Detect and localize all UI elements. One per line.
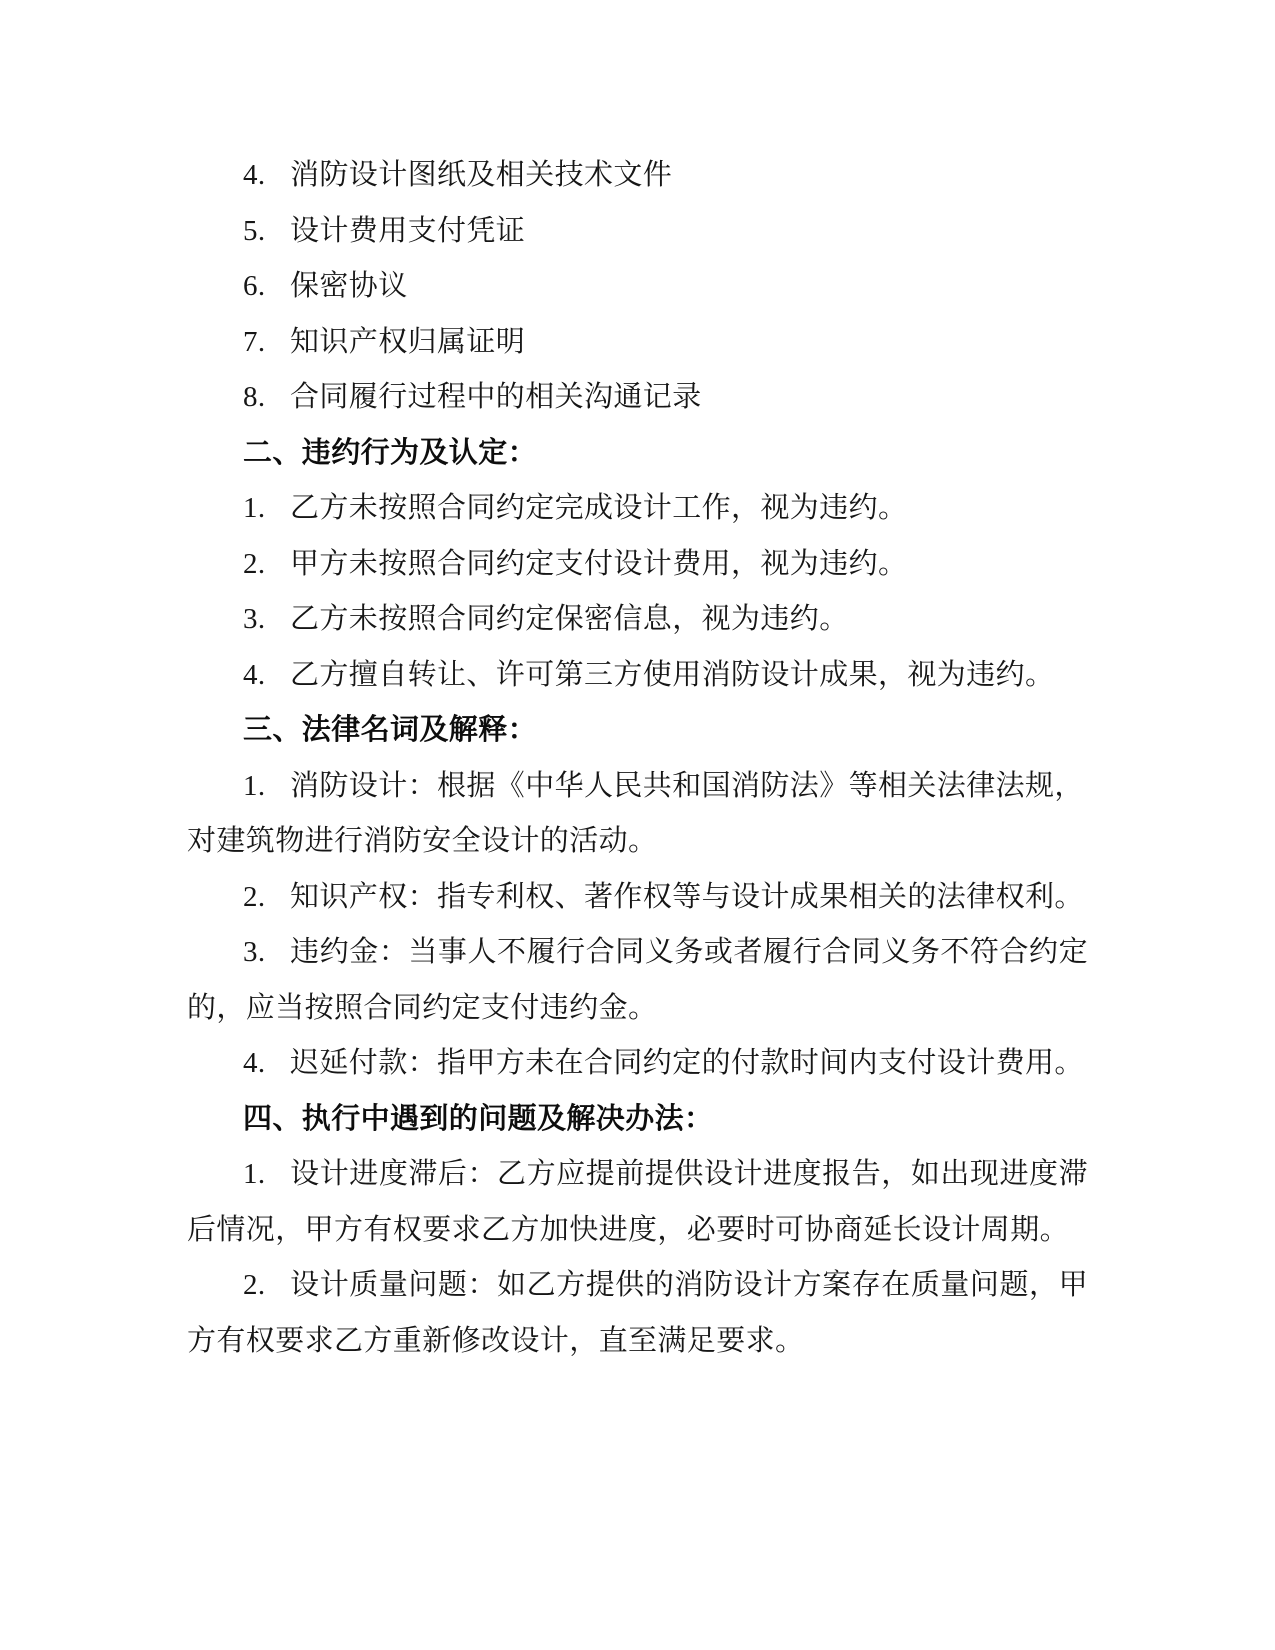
list-item-number: 3. <box>243 592 290 648</box>
list-item-number: 2. <box>243 870 290 926</box>
list-item-number: 8. <box>243 370 290 426</box>
section-heading: 三、法律名词及解释： <box>187 703 1088 759</box>
list-item-line: 2.知识产权：指专利权、著作权等与设计成果相关的法律权利。 <box>187 870 1088 926</box>
list-item-text: 知识产权：指专利权、著作权等与设计成果相关的法律权利。 <box>290 881 1084 913</box>
section-heading: 四、执行中遇到的问题及解决办法： <box>187 1092 1088 1148</box>
list-item-text: 乙方擅自转让、许可第三方使用消防设计成果，视为违约。 <box>290 659 1054 691</box>
list-item-number: 1. <box>243 481 290 537</box>
list-item-text: 设计费用支付凭证 <box>290 215 525 247</box>
list-item-text: 合同履行过程中的相关沟通记录 <box>290 381 702 413</box>
list-item-line: 8.合同履行过程中的相关沟通记录 <box>187 370 1088 426</box>
list-item-line: 2.甲方未按照合同约定支付设计费用，视为违约。 <box>187 537 1088 593</box>
continuation-line: 后情况，甲方有权要求乙方加快进度，必要时可协商延长设计周期。 <box>187 1203 1088 1259</box>
list-item-line: 1.消防设计：根据《中华人民共和国消防法》等相关法律法规， <box>187 759 1088 815</box>
document-page: 4.消防设计图纸及相关技术文件5.设计费用支付凭证6.保密协议7.知识产权归属证… <box>0 0 1275 1650</box>
list-item-line: 4.乙方擅自转让、许可第三方使用消防设计成果，视为违约。 <box>187 648 1088 704</box>
list-item-text: 设计质量问题：如乙方提供的消防设计方案存在质量问题，甲 <box>290 1269 1088 1301</box>
list-item-text: 消防设计：根据《中华人民共和国消防法》等相关法律法规， <box>290 770 1084 802</box>
continuation-line: 方有权要求乙方重新修改设计，直至满足要求。 <box>187 1314 1088 1370</box>
continuation-line: 对建筑物进行消防安全设计的活动。 <box>187 814 1088 870</box>
list-item-text: 乙方未按照合同约定完成设计工作，视为违约。 <box>290 492 907 524</box>
list-item-number: 3. <box>243 925 290 981</box>
list-item-number: 4. <box>243 1036 290 1092</box>
list-item-text: 消防设计图纸及相关技术文件 <box>290 159 672 191</box>
continuation-line: 的，应当按照合同约定支付违约金。 <box>187 981 1088 1037</box>
list-item-number: 4. <box>243 148 290 204</box>
list-item-line: 1.乙方未按照合同约定完成设计工作，视为违约。 <box>187 481 1088 537</box>
list-item-line: 2.设计质量问题：如乙方提供的消防设计方案存在质量问题，甲 <box>187 1258 1088 1314</box>
list-item-number: 2. <box>243 537 290 593</box>
list-item-text: 乙方未按照合同约定保密信息，视为违约。 <box>290 603 849 635</box>
list-item-line: 1.设计进度滞后：乙方应提前提供设计进度报告，如出现进度滞 <box>187 1147 1088 1203</box>
list-item-number: 5. <box>243 204 290 260</box>
list-item-number: 1. <box>243 759 290 815</box>
list-item-text: 知识产权归属证明 <box>290 326 525 358</box>
list-item-text: 设计进度滞后：乙方应提前提供设计进度报告，如出现进度滞 <box>290 1158 1088 1190</box>
list-item-text: 甲方未按照合同约定支付设计费用，视为违约。 <box>290 548 907 580</box>
list-item-number: 6. <box>243 259 290 315</box>
list-item-line: 4.消防设计图纸及相关技术文件 <box>187 148 1088 204</box>
document-content: 4.消防设计图纸及相关技术文件5.设计费用支付凭证6.保密协议7.知识产权归属证… <box>187 148 1088 1369</box>
list-item-line: 6.保密协议 <box>187 259 1088 315</box>
list-item-number: 2. <box>243 1258 290 1314</box>
list-item-number: 7. <box>243 315 290 371</box>
list-item-text: 保密协议 <box>290 270 408 302</box>
list-item-number: 4. <box>243 648 290 704</box>
section-heading: 二、违约行为及认定： <box>187 426 1088 482</box>
list-item-line: 4.迟延付款：指甲方未在合同约定的付款时间内支付设计费用。 <box>187 1036 1088 1092</box>
list-item-line: 5.设计费用支付凭证 <box>187 204 1088 260</box>
list-item-number: 1. <box>243 1147 290 1203</box>
list-item-line: 3.违约金：当事人不履行合同义务或者履行合同义务不符合约定 <box>187 925 1088 981</box>
list-item-text: 违约金：当事人不履行合同义务或者履行合同义务不符合约定 <box>290 936 1088 968</box>
list-item-line: 7.知识产权归属证明 <box>187 315 1088 371</box>
list-item-line: 3.乙方未按照合同约定保密信息，视为违约。 <box>187 592 1088 648</box>
list-item-text: 迟延付款：指甲方未在合同约定的付款时间内支付设计费用。 <box>290 1047 1084 1079</box>
